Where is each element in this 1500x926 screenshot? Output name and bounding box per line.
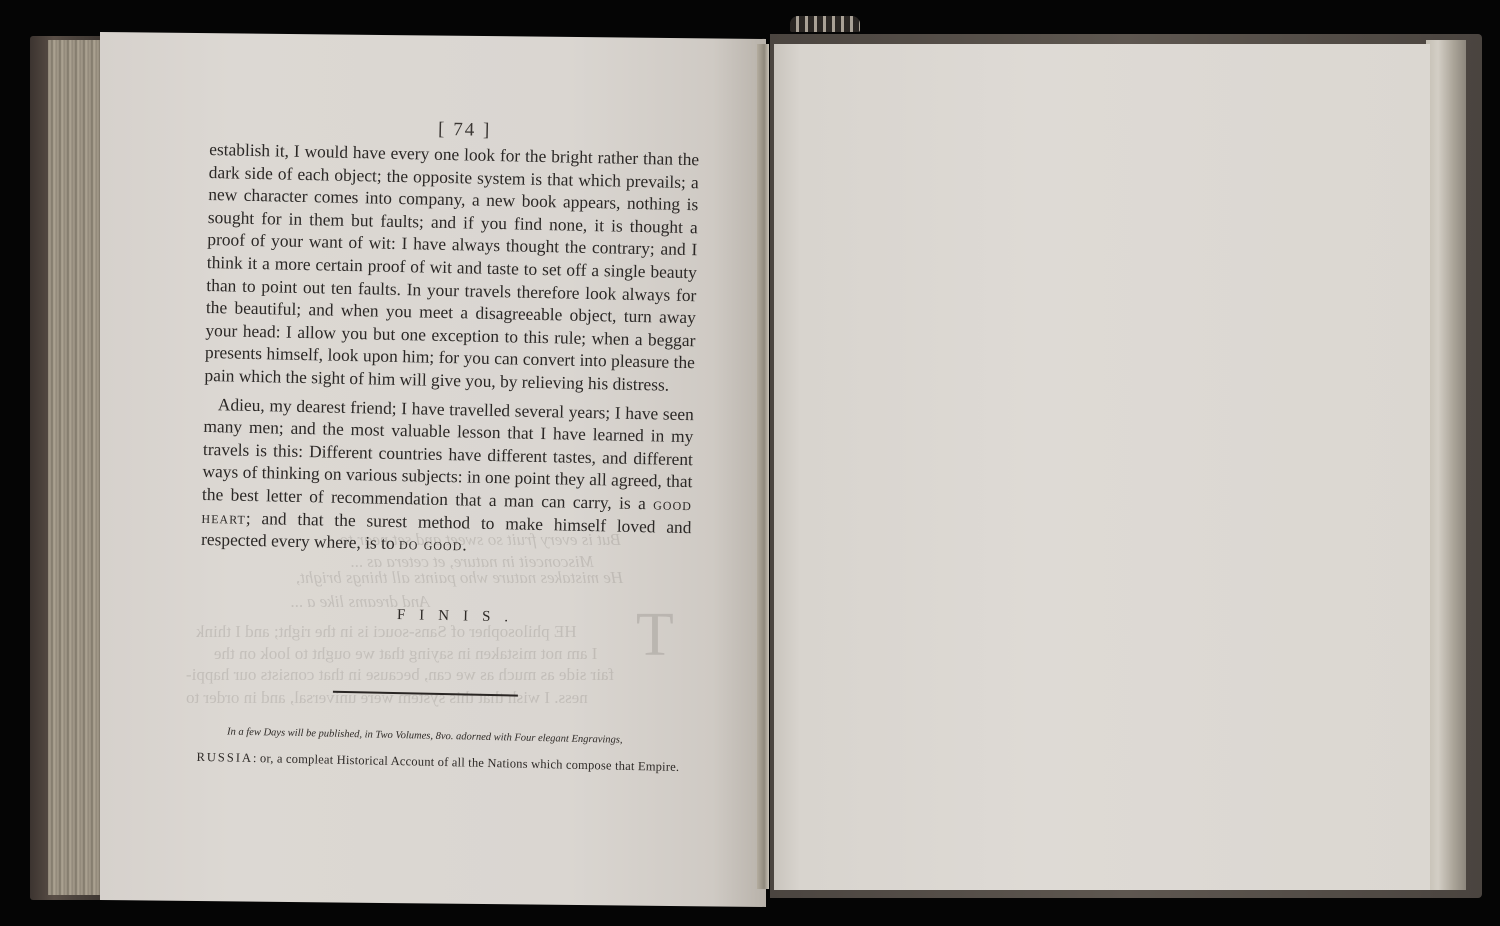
emphasis-do-good: do good (399, 533, 463, 554)
advertisement-notice: In a few Days will be published, in Two … (197, 726, 687, 747)
left-page-edges (48, 40, 104, 895)
right-page-edges (1426, 40, 1466, 890)
paragraph: Adieu, my dearest friend; I have travell… (201, 392, 694, 560)
left-page-text: [ 74 ] establish it, I would have every … (196, 114, 700, 775)
right-page-blank (774, 44, 1430, 890)
finis-rule (333, 690, 518, 696)
gutter (757, 44, 769, 889)
paragraph: establish it, I would have every one loo… (204, 138, 699, 397)
finis-heading: FINIS. (199, 603, 689, 630)
headband (790, 16, 860, 32)
